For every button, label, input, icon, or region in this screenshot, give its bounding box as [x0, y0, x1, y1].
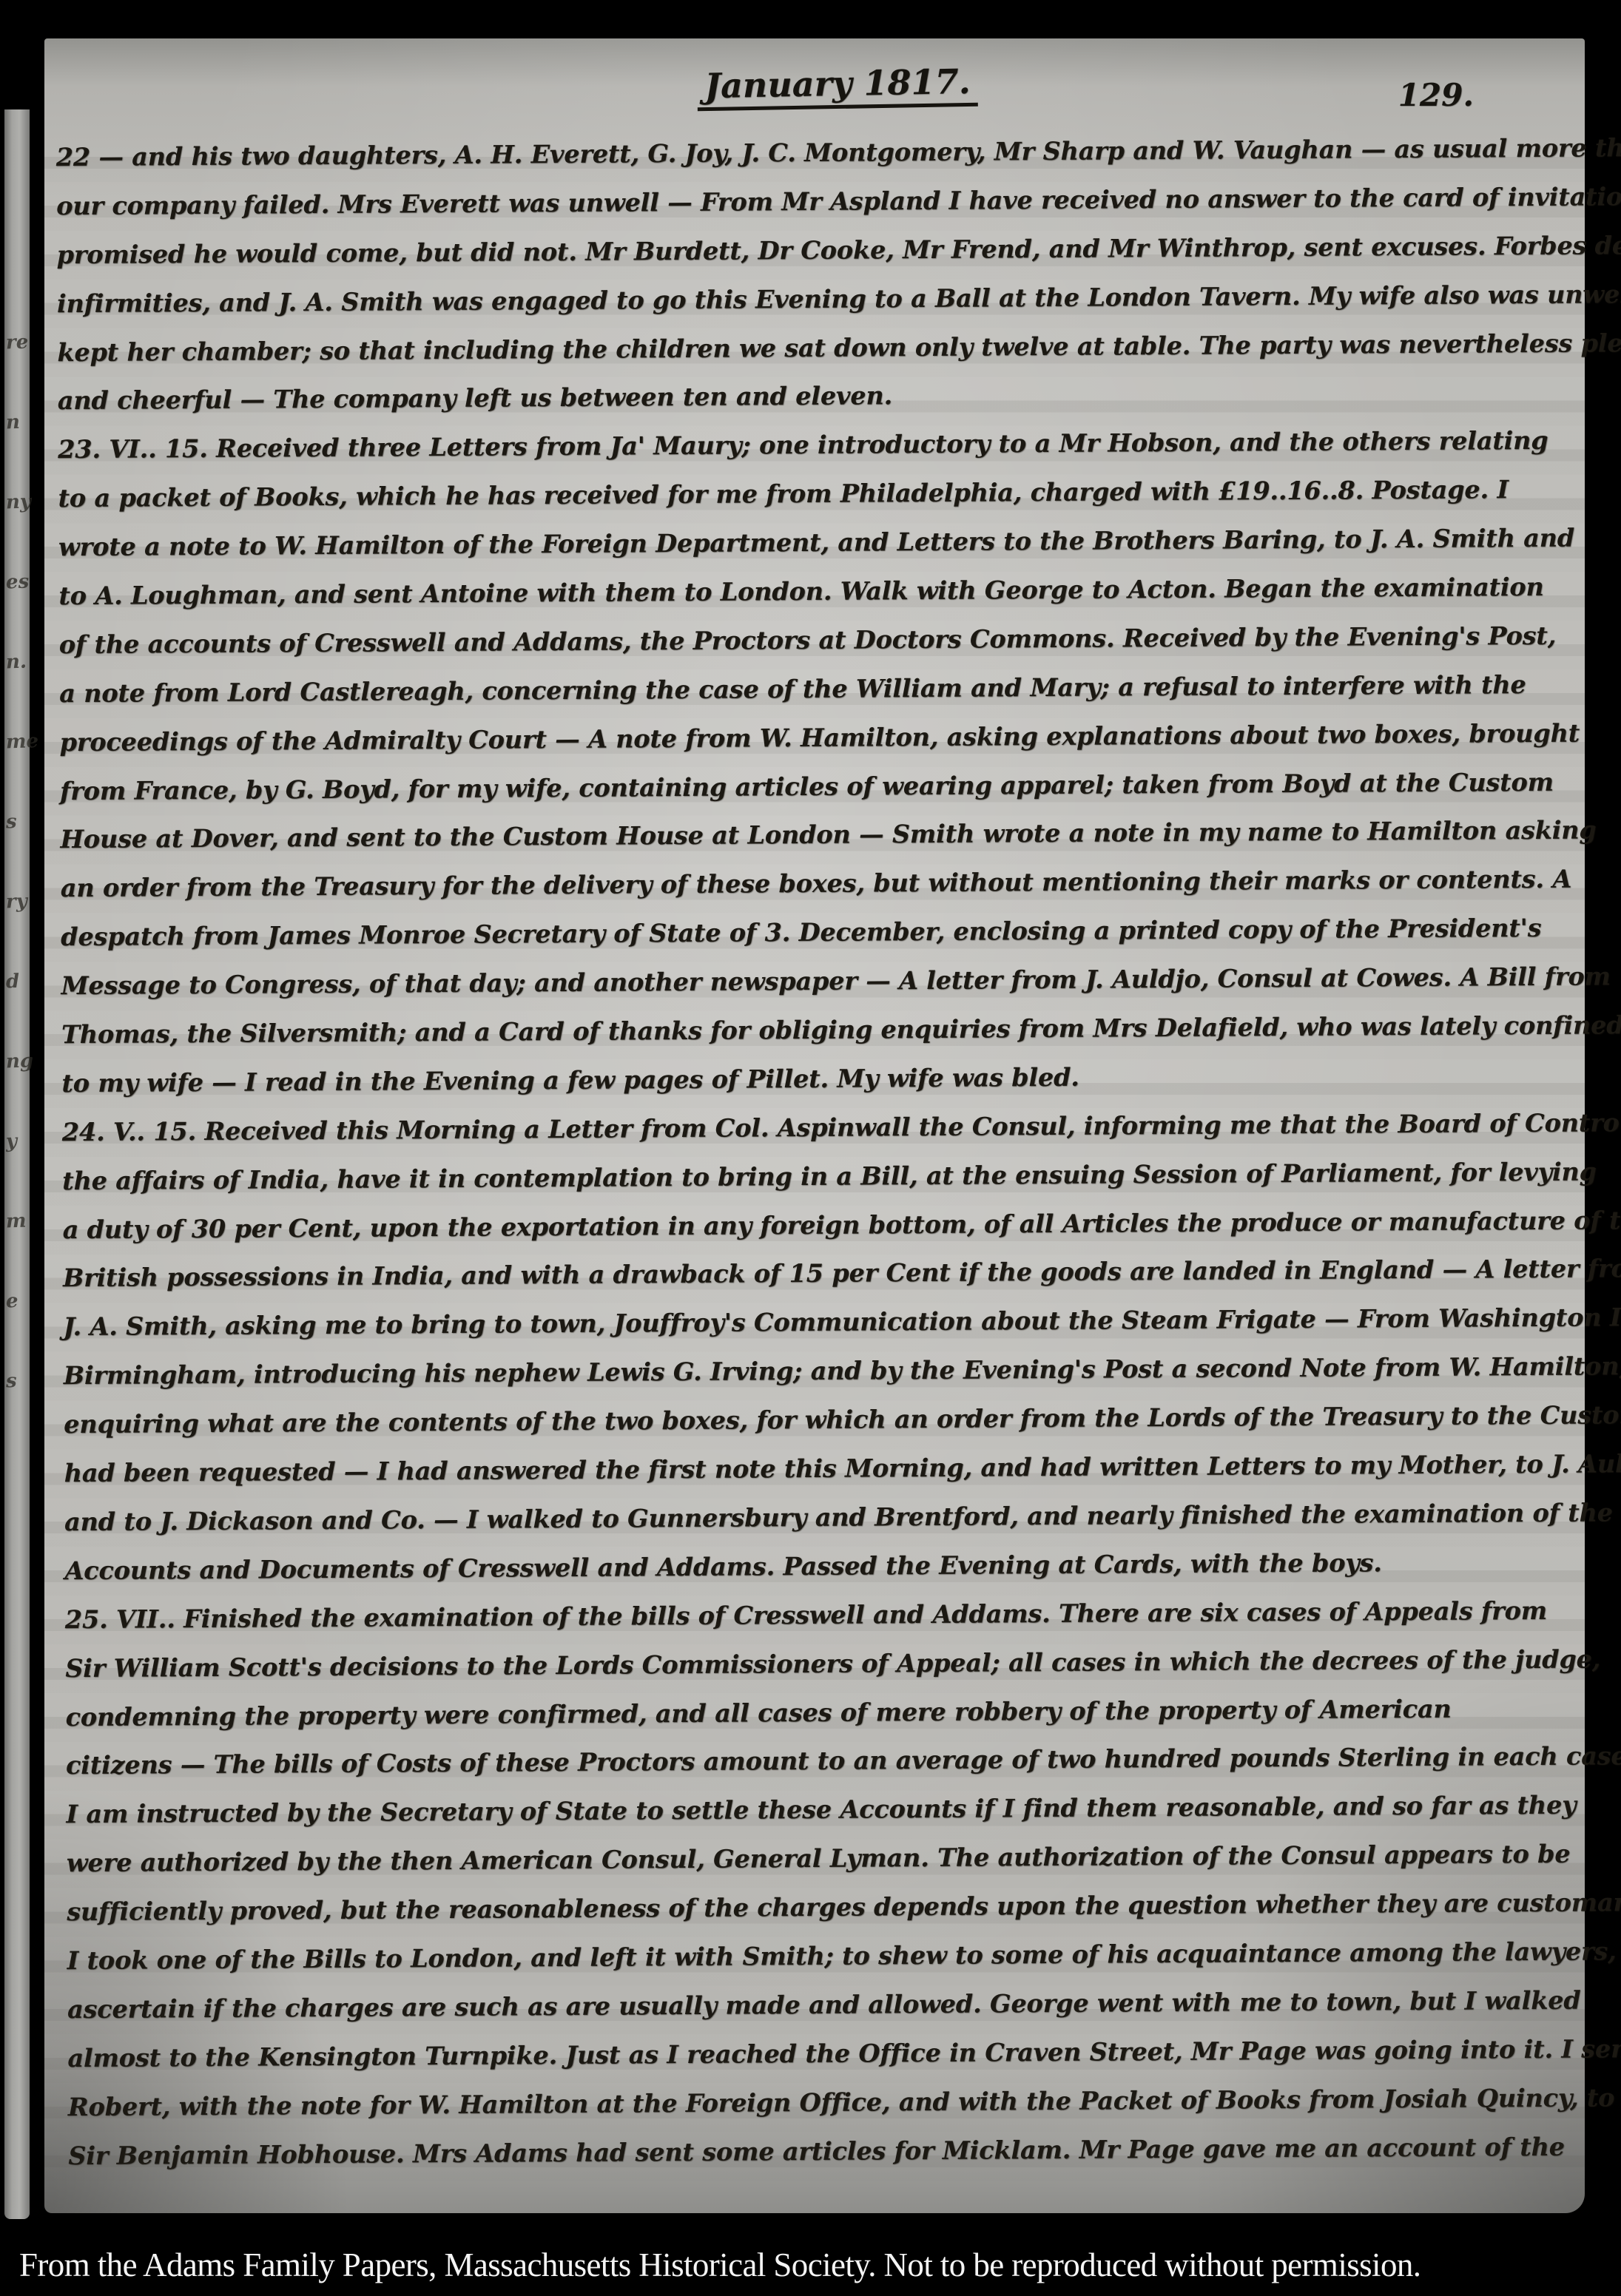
manuscript-line: Sir William Scott's decisions to the Lor… — [65, 1635, 1552, 1692]
manuscript-line: to a packet of Books, which he has recei… — [58, 465, 1545, 523]
manuscript-line: Sir Benjamin Hobhouse. Mrs Adams had sen… — [68, 2122, 1555, 2180]
manuscript-line: and cheerful — The company left us betwe… — [58, 368, 1545, 425]
neighbor-page-fragment: n. — [5, 650, 30, 673]
manuscript-line: were authorized by the then American Con… — [67, 1830, 1554, 1888]
manuscript-page: January 1817. 129. 22 — and his two daug… — [44, 38, 1585, 2213]
manuscript-line: had been requested — I had answered the … — [64, 1440, 1551, 1498]
manuscript-line: J. A. Smith, asking me to bring to town,… — [63, 1294, 1550, 1351]
neighbor-page-fragment: n — [5, 411, 30, 433]
neighbor-page-fragment: e — [5, 1289, 30, 1312]
manuscript-line: from France, by G. Boyd, for my wife, co… — [60, 757, 1547, 815]
manuscript-line: infirmities, and J. A. Smith was engaged… — [57, 271, 1544, 328]
neighbor-page-fragment: ng — [5, 1050, 30, 1073]
neighbor-page-fragment: d — [5, 970, 30, 993]
scan-background: { "document": { "header": { "date_headin… — [0, 0, 1621, 2296]
credit-caption: From the Adams Family Papers, Massachuse… — [19, 2244, 1610, 2286]
neighbor-page-fragment: me — [5, 730, 30, 753]
manuscript-line: an order from the Treasury for the deliv… — [61, 855, 1548, 913]
manuscript-line: Message to Congress, of that day; and an… — [61, 953, 1548, 1010]
neighbor-page-fragment: s — [5, 810, 30, 833]
manuscript-line: 23. VI.. 15. Received three Letters from… — [58, 416, 1545, 474]
manuscript-line: to A. Loughman, and sent Antoine with th… — [58, 563, 1546, 621]
manuscript-line: wrote a note to W. Hamilton of the Forei… — [58, 514, 1546, 572]
manuscript-line: I am instructed by the Secretary of Stat… — [66, 1781, 1553, 1839]
manuscript-line: 24. V.. 15. Received this Morning a Lett… — [62, 1099, 1549, 1157]
manuscript-line: Accounts and Documents of Cresswell and … — [64, 1538, 1551, 1596]
neighbor-page-fragment: y — [5, 1130, 30, 1152]
neighbor-page-fragment: es — [5, 570, 30, 593]
manuscript-line: despatch from James Monroe Secretary of … — [61, 904, 1548, 962]
neighbor-page-fragment: re — [5, 331, 30, 354]
manuscript-line: almost to the Kensington Turnpike. Just … — [67, 2025, 1554, 2083]
manuscript-line: I took one of the Bills to London, and l… — [67, 1928, 1554, 1985]
manuscript-line: 22 — and his two daughters, A. H. Everet… — [56, 124, 1543, 182]
neighbor-page-fragment: ny — [5, 490, 30, 513]
manuscript-line: 25. VII.. Finished the examination of th… — [65, 1587, 1552, 1644]
manuscript-line: a note from Lord Castlereagh, concerning… — [59, 661, 1546, 718]
neighbor-page-edge: rennyesn.mesrydngymes — [4, 109, 30, 2219]
neighbor-page-fragment: s — [5, 1369, 30, 1392]
manuscript-line: citizens — The bills of Costs of these P… — [66, 1732, 1553, 1790]
manuscript-line: Thomas, the Silversmith; and a Card of t… — [61, 1002, 1548, 1059]
manuscript-text: 22 — and his two daughters, A. H. Everet… — [56, 124, 1556, 2181]
manuscript-line: sufficiently proved, but the reasonablen… — [67, 1879, 1554, 1937]
manuscript-line: promised he would come, but did not. Mr … — [56, 222, 1543, 280]
manuscript-line: Birmingham, introducing his nephew Lewis… — [64, 1343, 1551, 1400]
manuscript-line: Robert, with the note for W. Hamilton at… — [68, 2073, 1555, 2131]
manuscript-line: ascertain if the charges are such as are… — [67, 1976, 1554, 2034]
manuscript-line: condemning the property were confirmed, … — [65, 1684, 1552, 1741]
manuscript-line: British possessions in India, and with a… — [63, 1245, 1550, 1303]
manuscript-line: proceedings of the Admiralty Court — A n… — [59, 709, 1546, 767]
manuscript-line: and to J. Dickason and Co. — I walked to… — [64, 1489, 1551, 1547]
manuscript-line: of the accounts of Cresswell and Addams,… — [59, 612, 1546, 669]
manuscript-line: our company failed. Mrs Everett was unwe… — [56, 173, 1543, 231]
manuscript-line: House at Dover, and sent to the Custom H… — [60, 806, 1547, 864]
date-heading: January 1817. — [697, 61, 978, 112]
page-number: 129. — [1398, 77, 1474, 113]
neighbor-page-fragment: ry — [5, 890, 30, 913]
manuscript-line: enquiring what are the contents of the t… — [64, 1391, 1551, 1449]
manuscript-line: a duty of 30 per Cent, upon the exportat… — [62, 1196, 1549, 1254]
manuscript-line: to my wife — I read in the Evening a few… — [61, 1050, 1548, 1108]
neighbor-page-fragment: m — [5, 1209, 30, 1232]
manuscript-line: kept her chamber; so that including the … — [57, 319, 1544, 377]
manuscript-line: the affairs of India, have it in contemp… — [62, 1148, 1549, 1206]
